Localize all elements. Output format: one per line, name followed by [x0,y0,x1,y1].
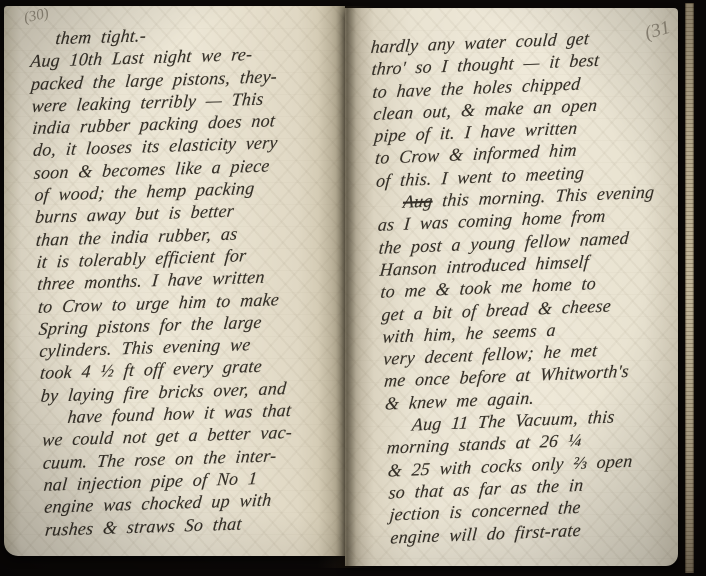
left-page: (30) them tight.-Aug 10th Last night we … [4,6,345,556]
struck-word: Aug [402,191,433,212]
right-page-text: hardly any water could getthro' so I tho… [369,24,678,549]
book-fore-edge [685,3,694,573]
left-page-number: (30) [23,6,51,27]
right-page: (31 hardly any water could getthro' so I… [345,8,678,566]
left-page-text: them tight.-Aug 10th Last night we re-pa… [28,18,345,540]
journal-photo: (30) them tight.-Aug 10th Last night we … [0,0,706,576]
